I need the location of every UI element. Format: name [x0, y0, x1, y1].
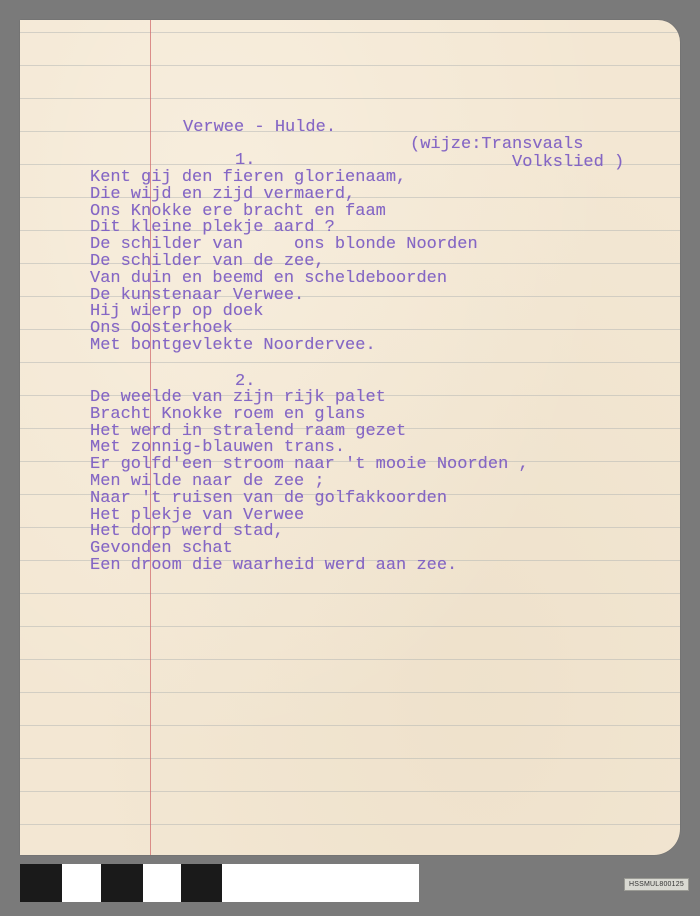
verse-1: Kent gij den fieren glorienaam, Die wijd…: [90, 170, 478, 355]
archive-id-label: HSSMUL800125: [624, 878, 689, 891]
ruled-line: [20, 692, 680, 693]
calibration-patch-black: [20, 864, 62, 902]
verse-2: De weelde van zijn rijk palet Bracht Kno…: [90, 390, 529, 575]
ruled-line: [20, 593, 680, 594]
scan-calibration-strip: [20, 864, 419, 902]
calibration-patch-black: [181, 864, 222, 902]
ruled-line: [20, 824, 680, 825]
tune-note-line1: (wijze:Transvaals: [410, 136, 583, 153]
calibration-patch-white: [143, 864, 181, 902]
ruled-line: [20, 725, 680, 726]
ruled-line: [20, 659, 680, 660]
verse-1-number: 1.: [235, 152, 255, 169]
ruled-line: [20, 362, 680, 363]
document-title: Verwee - Hulde.: [183, 119, 336, 136]
ruled-line: [20, 626, 680, 627]
tune-note-line2: Volkslied ): [512, 154, 624, 171]
ruled-line: [20, 65, 680, 66]
ruled-line: [20, 98, 680, 99]
calibration-patch-white: [62, 864, 101, 902]
typed-document-page: Verwee - Hulde. (wijze:Transvaals 1. Vol…: [20, 20, 680, 855]
calibration-patch-white-wide: [222, 864, 419, 902]
calibration-patch-black: [101, 864, 143, 902]
ruled-line: [20, 791, 680, 792]
ruled-line: [20, 758, 680, 759]
ruled-line: [20, 32, 680, 33]
verse-line: Met bontgevlekte Noordervee.: [90, 338, 478, 355]
ruled-line: [20, 131, 680, 132]
verse-line: Een droom die waarheid werd aan zee.: [90, 558, 529, 575]
